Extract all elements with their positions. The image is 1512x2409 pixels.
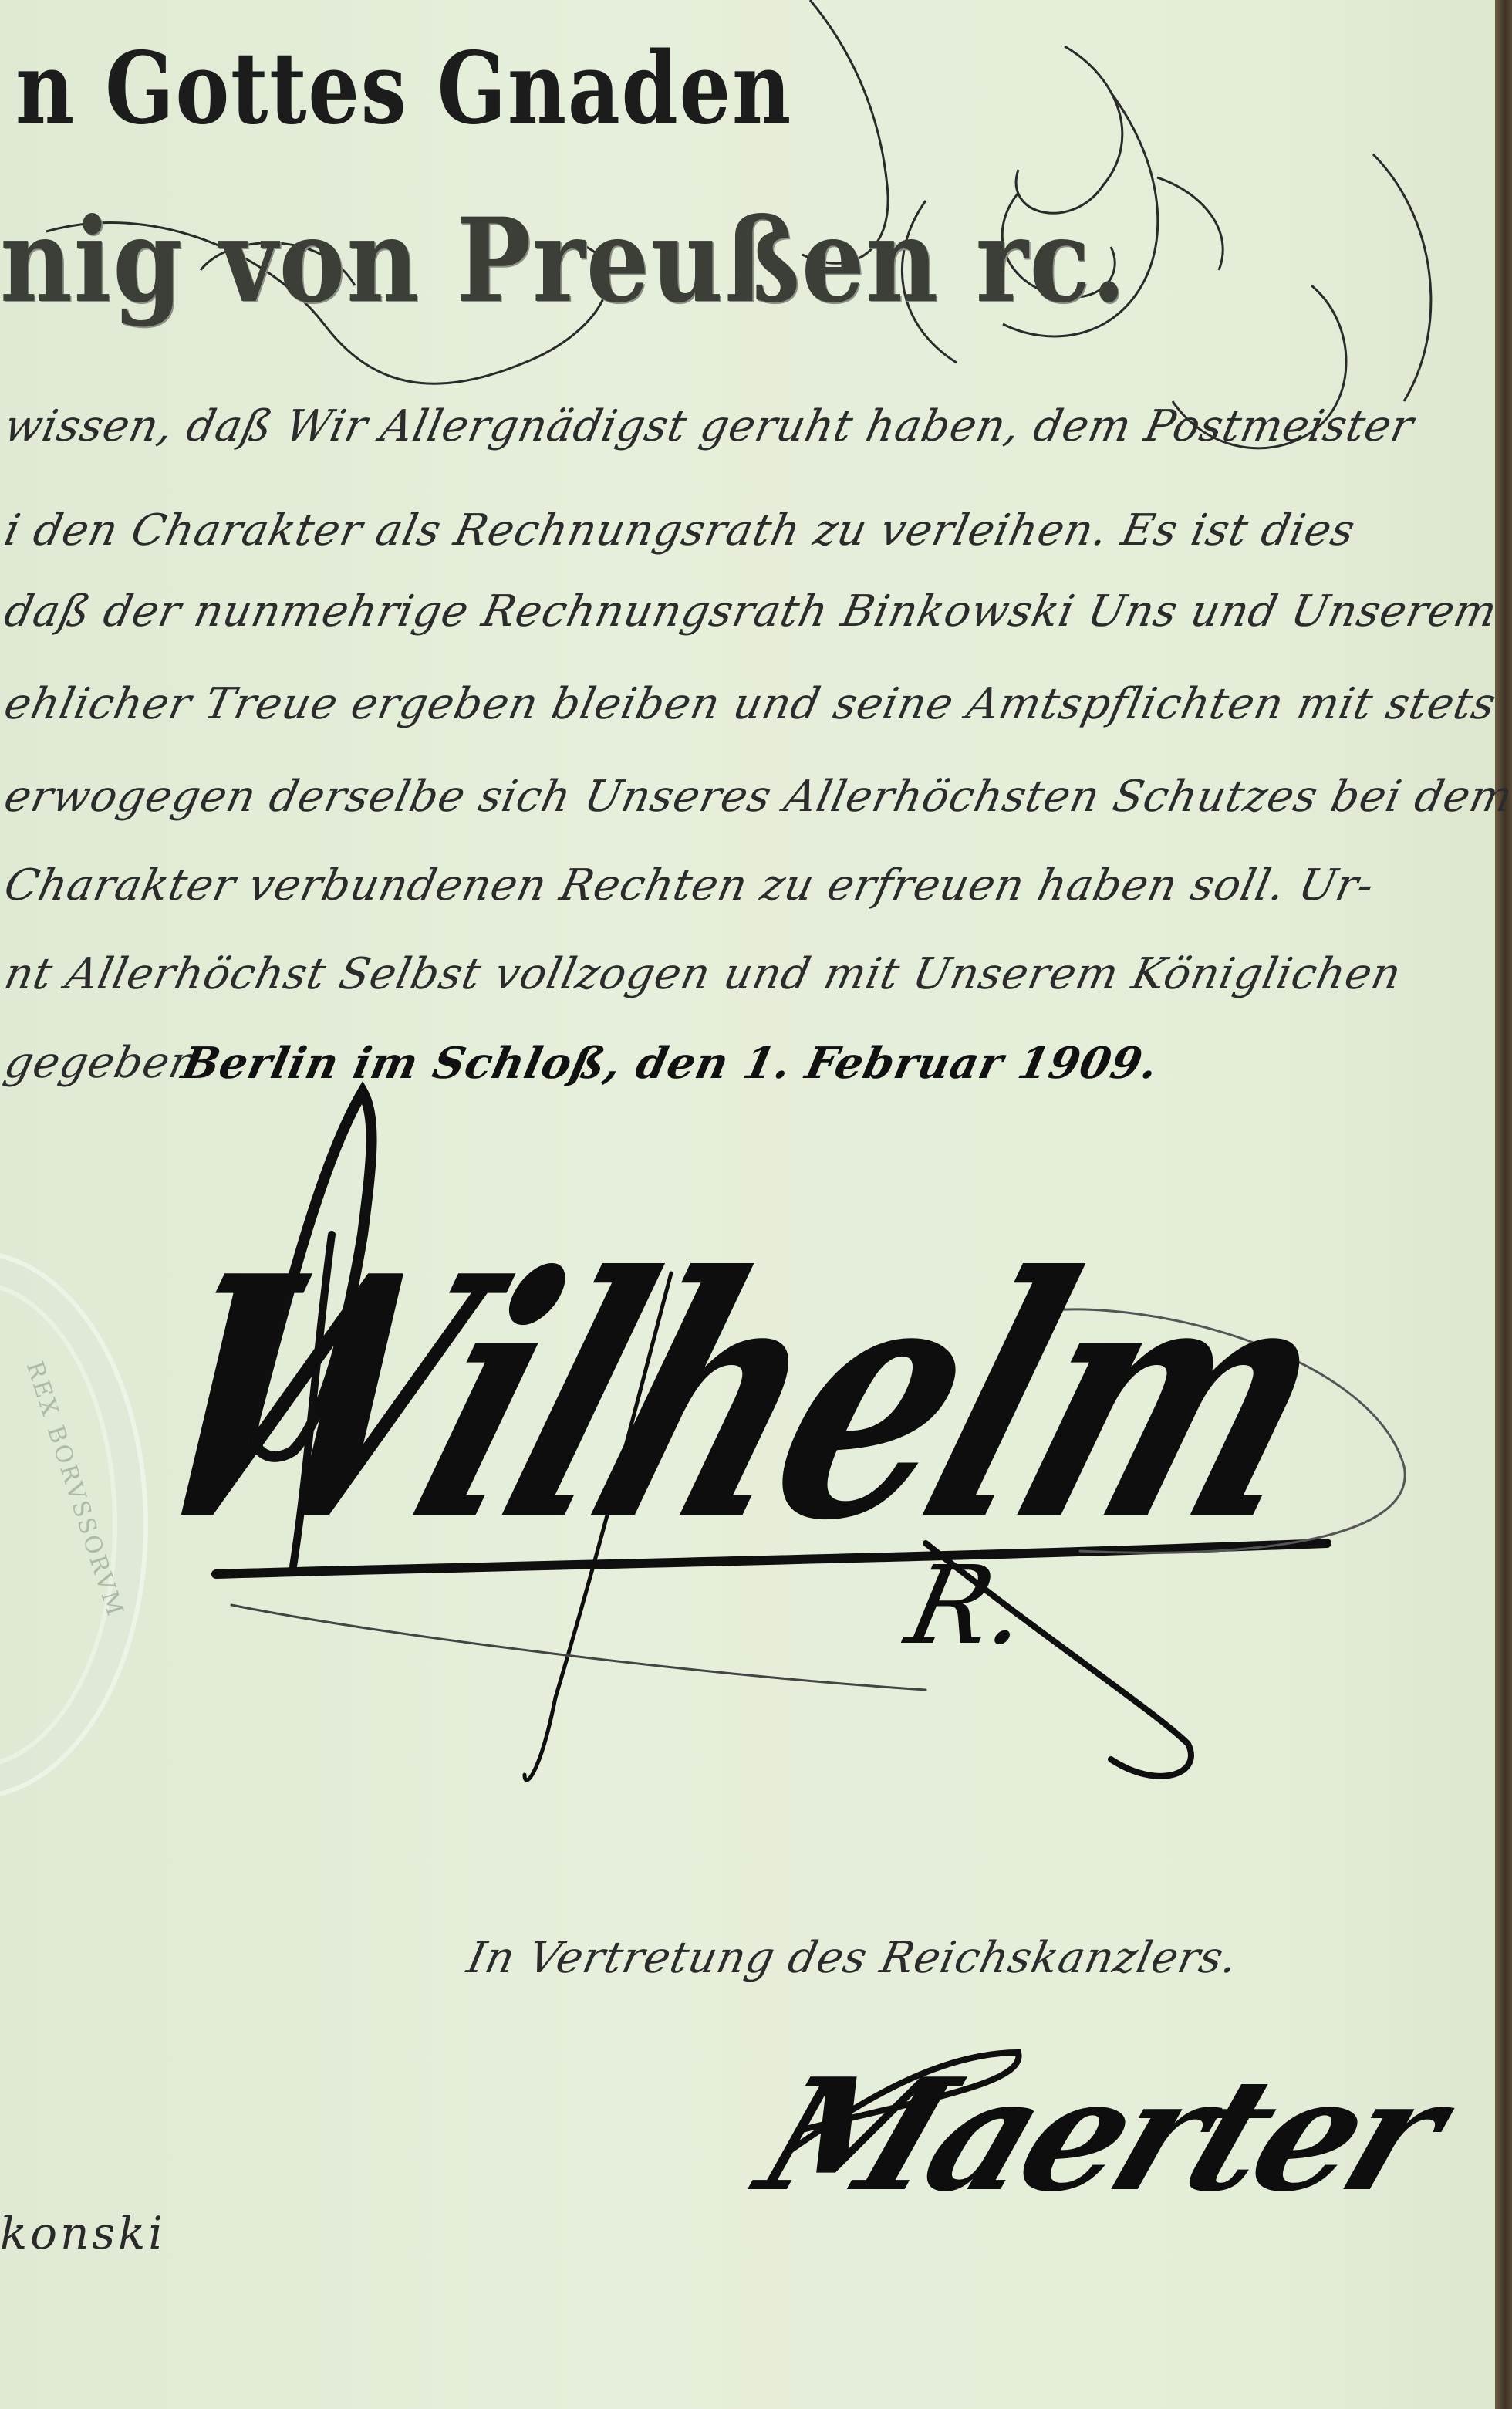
date-place: Berlin im Schloß, den 1. Februar 1909.	[177, 1038, 1163, 1089]
monarch-signature: Wilhelm	[105, 1204, 1365, 1593]
body-line: gegeben	[0, 1038, 204, 1088]
counter-signature-label: In Vertretung des Reichskanzlers.	[463, 1933, 1243, 1983]
body-line: Charakter verbundenen Rechten zu erfreue…	[0, 860, 1379, 911]
heading-line-2: nig von Preußen rc.	[0, 193, 1127, 329]
recipient-name: konski	[0, 2207, 166, 2259]
body-line: nt Allerhöchst Selbst vollzogen und mit …	[0, 949, 1406, 999]
body-line: wissen, daß Wir Allergnädigst geruht hab…	[0, 401, 1418, 451]
counter-signature: Maerter	[738, 2045, 1462, 2226]
body-line: erwogegen derselbe sich Unseres Allerhöc…	[0, 772, 1512, 822]
body-line: daß der nunmehrige Rechnungsrath Binkows…	[0, 586, 1502, 637]
heading-line-1: n Gottes Gnaden	[15, 31, 792, 147]
body-line: i den Charakter als Rechnungsrath zu ver…	[0, 505, 1360, 556]
body-line: ehlicher Treue ergeben bleiben und seine…	[0, 679, 1500, 729]
table-edge	[1495, 0, 1512, 2409]
